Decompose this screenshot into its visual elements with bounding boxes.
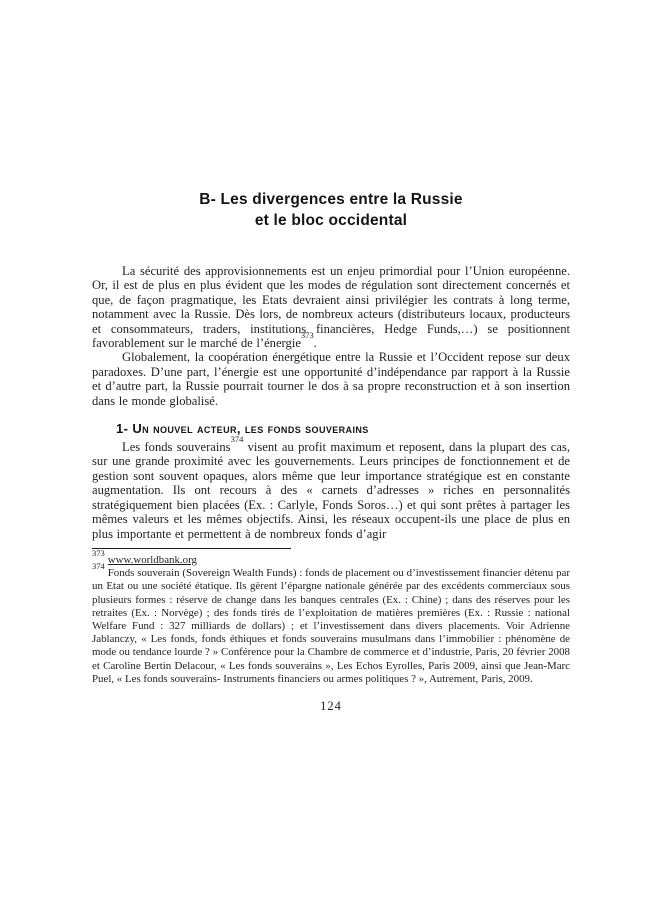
paragraph-3-text: Les fonds souverains <box>122 440 231 454</box>
paragraph-cooperation-paradoxes: Globalement, la coopération énergétique … <box>92 350 570 408</box>
paragraph-security-of-supply: La sécurité des approvisionnements est u… <box>92 264 570 350</box>
chapter-title: B- Les divergences entre la Russie et le… <box>92 189 570 231</box>
chapter-title-line-2: et le bloc occidental <box>92 210 570 231</box>
footnote-374-marker: 374 <box>92 561 105 571</box>
paragraph-1-text-end: . <box>314 336 317 350</box>
footnote-373-worldbank-link[interactable]: www.worldbank.org <box>108 554 197 566</box>
footnote-separator <box>92 548 291 549</box>
paragraph-sovereign-funds: Les fonds souverains374 visent au profit… <box>92 440 570 541</box>
footnote-374-text: Fonds souverain (Sovereign Wealth Funds)… <box>92 567 570 685</box>
footnote-ref-373: 373 <box>301 330 314 340</box>
footnote-373-marker: 373 <box>92 548 105 558</box>
footnotes-section: 373www.worldbank.org 374Fonds souverain … <box>92 548 570 686</box>
section-heading-sovereign-funds: 1- Un nouvel acteur, les fonds souverain… <box>116 421 570 437</box>
footnote-373: 373www.worldbank.org <box>92 554 570 567</box>
page-number: 124 <box>92 699 570 714</box>
chapter-title-line-1: B- Les divergences entre la Russie <box>92 189 570 210</box>
page-content: B- Les divergences entre la Russie et le… <box>92 0 570 714</box>
paragraph-1-text: La sécurité des approvisionnements est u… <box>92 264 570 350</box>
paragraph-3-text-end: visent au profit maximum et reposent, da… <box>92 440 570 540</box>
document-page: B- Les divergences entre la Russie et le… <box>0 0 650 920</box>
footnote-ref-374: 374 <box>231 434 244 444</box>
footnote-374: 374Fonds souverain (Sovereign Wealth Fun… <box>92 567 570 686</box>
